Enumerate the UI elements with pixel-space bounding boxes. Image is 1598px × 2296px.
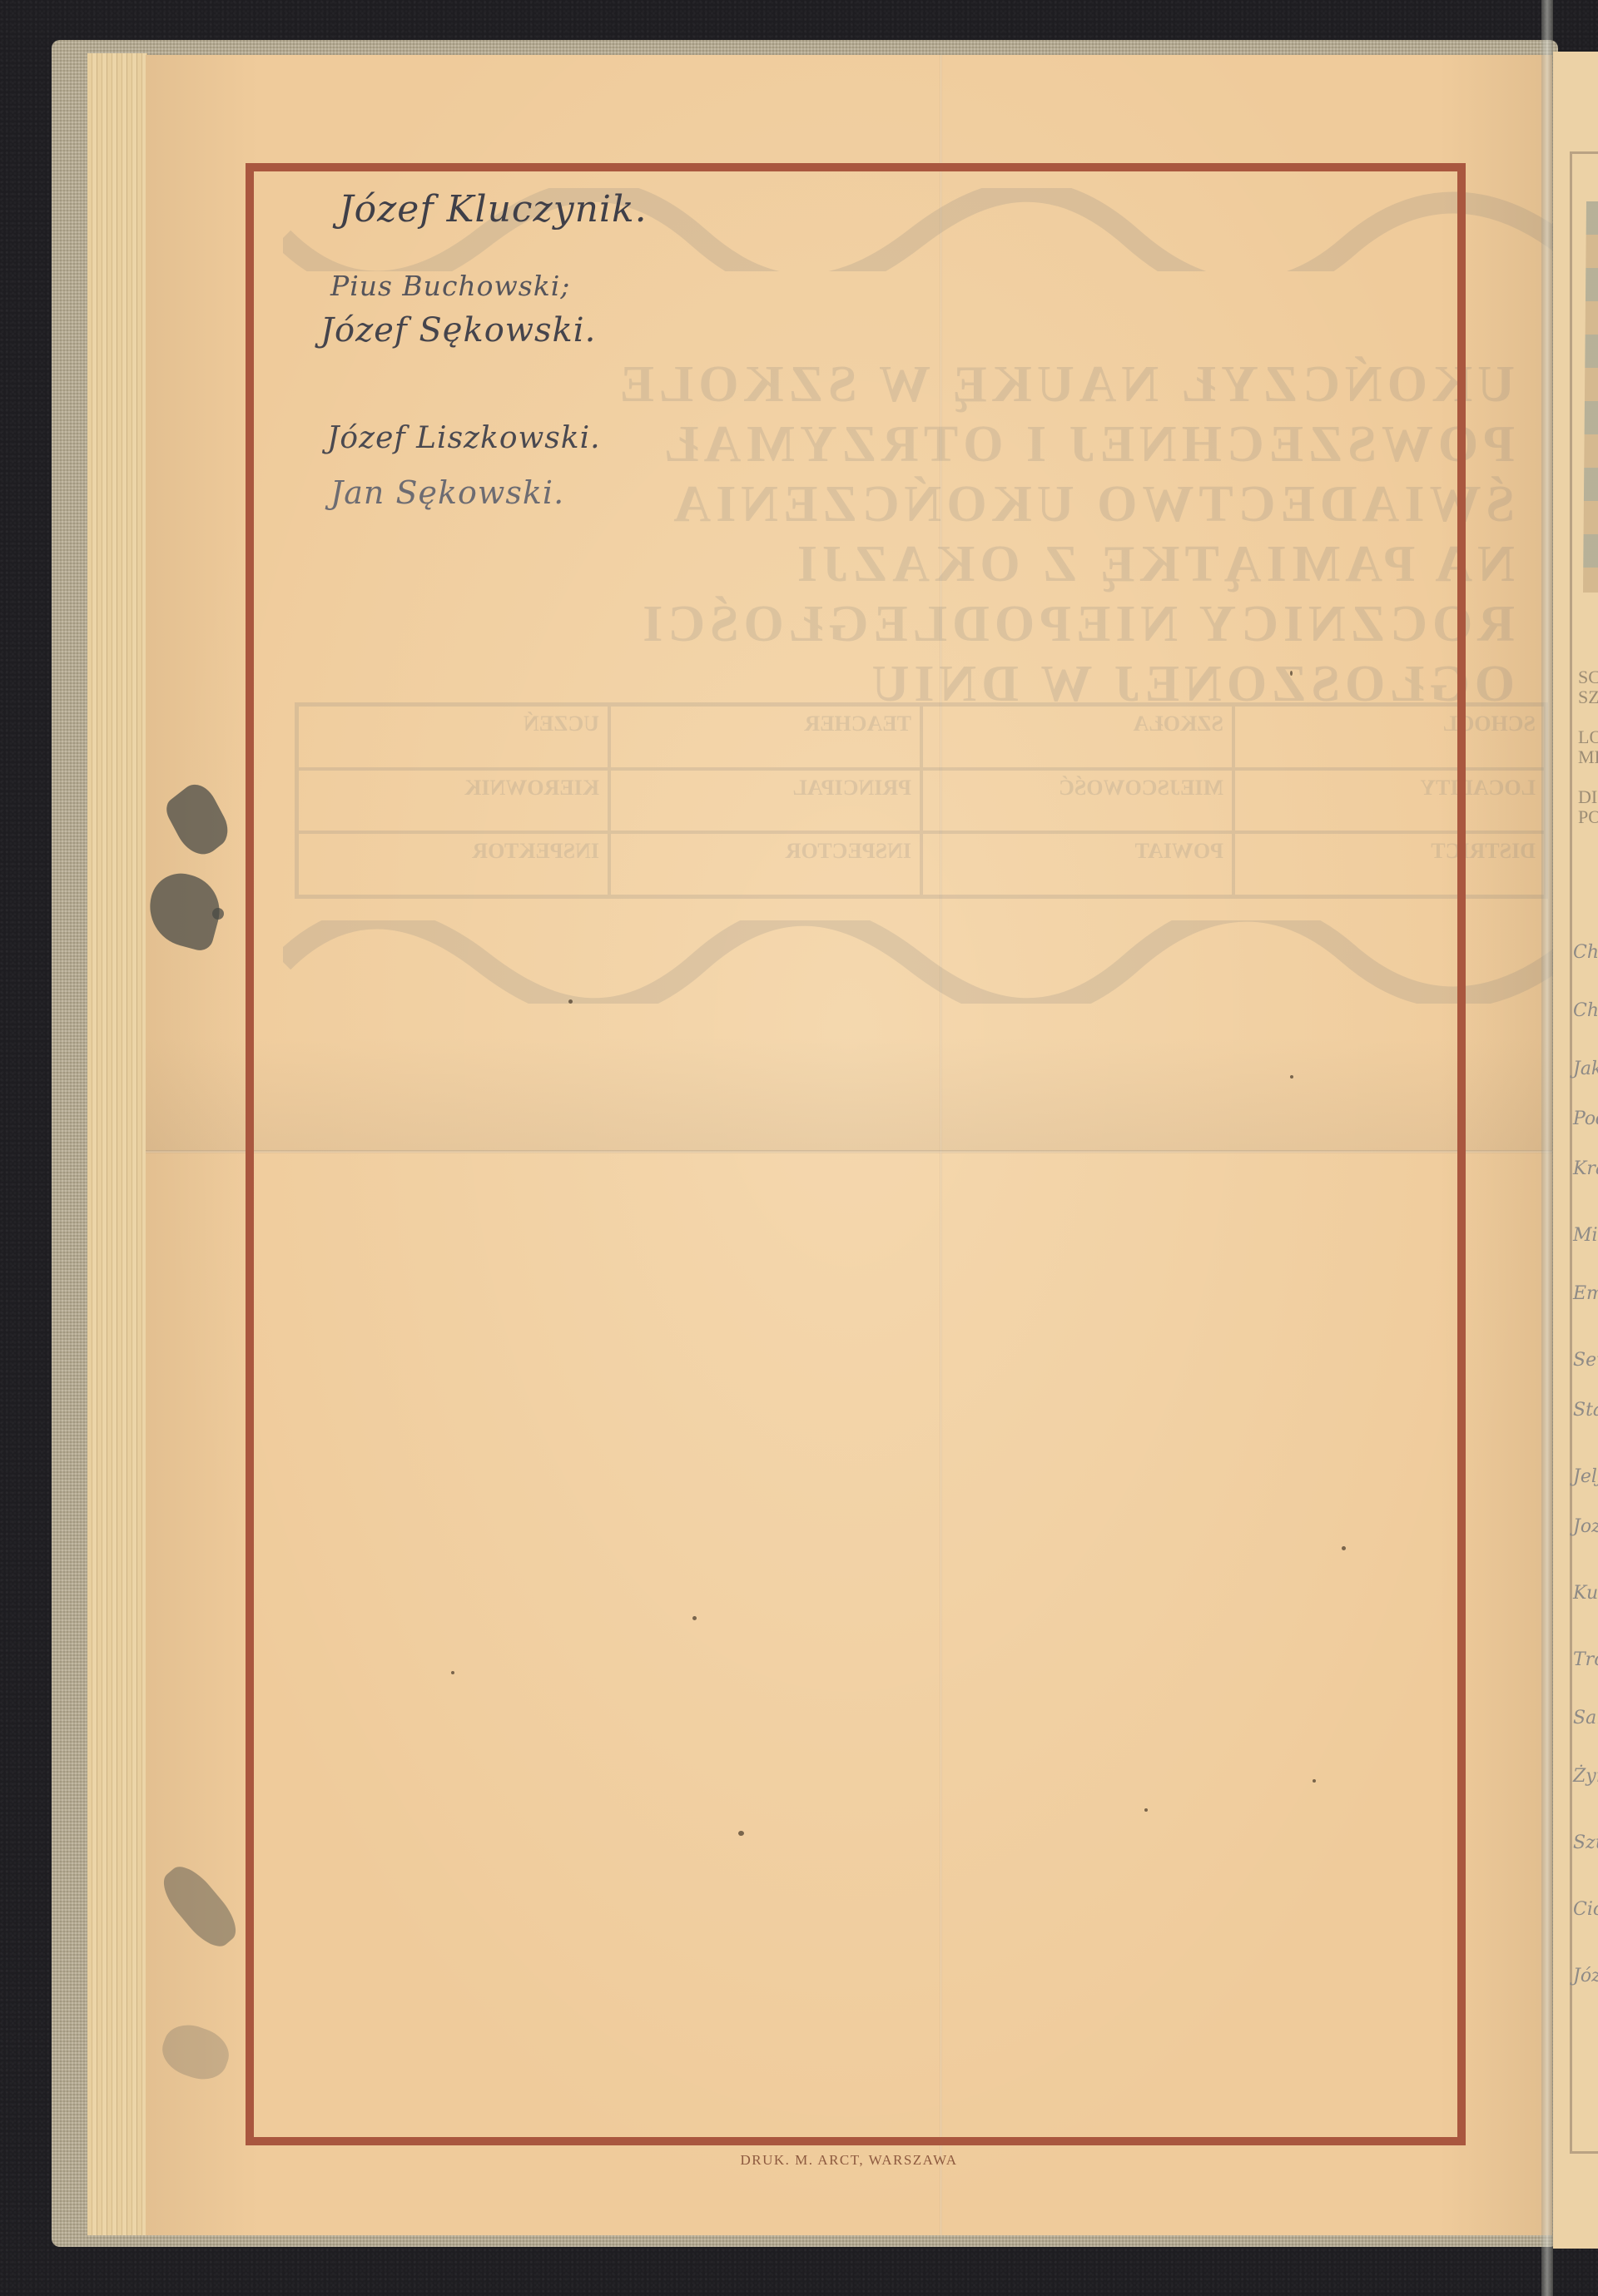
- ink-stain: [154, 1858, 245, 1955]
- paper-speck: [568, 999, 573, 1004]
- signature: Jan Sękowski.: [330, 474, 564, 511]
- paper-speck: [1290, 1075, 1293, 1079]
- paper-speck: [1313, 1779, 1316, 1783]
- ink-stain: [162, 776, 233, 866]
- paper-speck: [1290, 671, 1293, 676]
- paper-speck: [738, 1831, 744, 1836]
- red-border-frame: [246, 163, 1466, 2145]
- next-page-edge: SCHO SZKO LOCA MIEJ DIST POW Chała Chałk…: [1553, 52, 1598, 2249]
- paper-speck: [1144, 1808, 1148, 1812]
- printer-imprint: DRUK. M. ARCT, WARSZAWA: [146, 2152, 1552, 2169]
- signature: Józef Kluczynik.: [339, 188, 648, 231]
- book-page: UKOŃCZYŁ NAUKĘ W SZKOLE POWSZECHNEJ I OT…: [146, 55, 1552, 2235]
- glass-edge: [1541, 0, 1553, 2296]
- signature: Józef Sękowski.: [320, 311, 596, 350]
- ink-stain: [156, 2017, 236, 2087]
- paper-speck: [451, 1671, 454, 1674]
- paper-speck: [692, 1616, 697, 1620]
- signature: Pius Buchowski;: [330, 270, 570, 302]
- page-edges: [87, 53, 147, 2235]
- ink-stain: [212, 908, 224, 920]
- signature: Józef Liszkowski.: [327, 421, 601, 455]
- paper-speck: [1342, 1546, 1346, 1550]
